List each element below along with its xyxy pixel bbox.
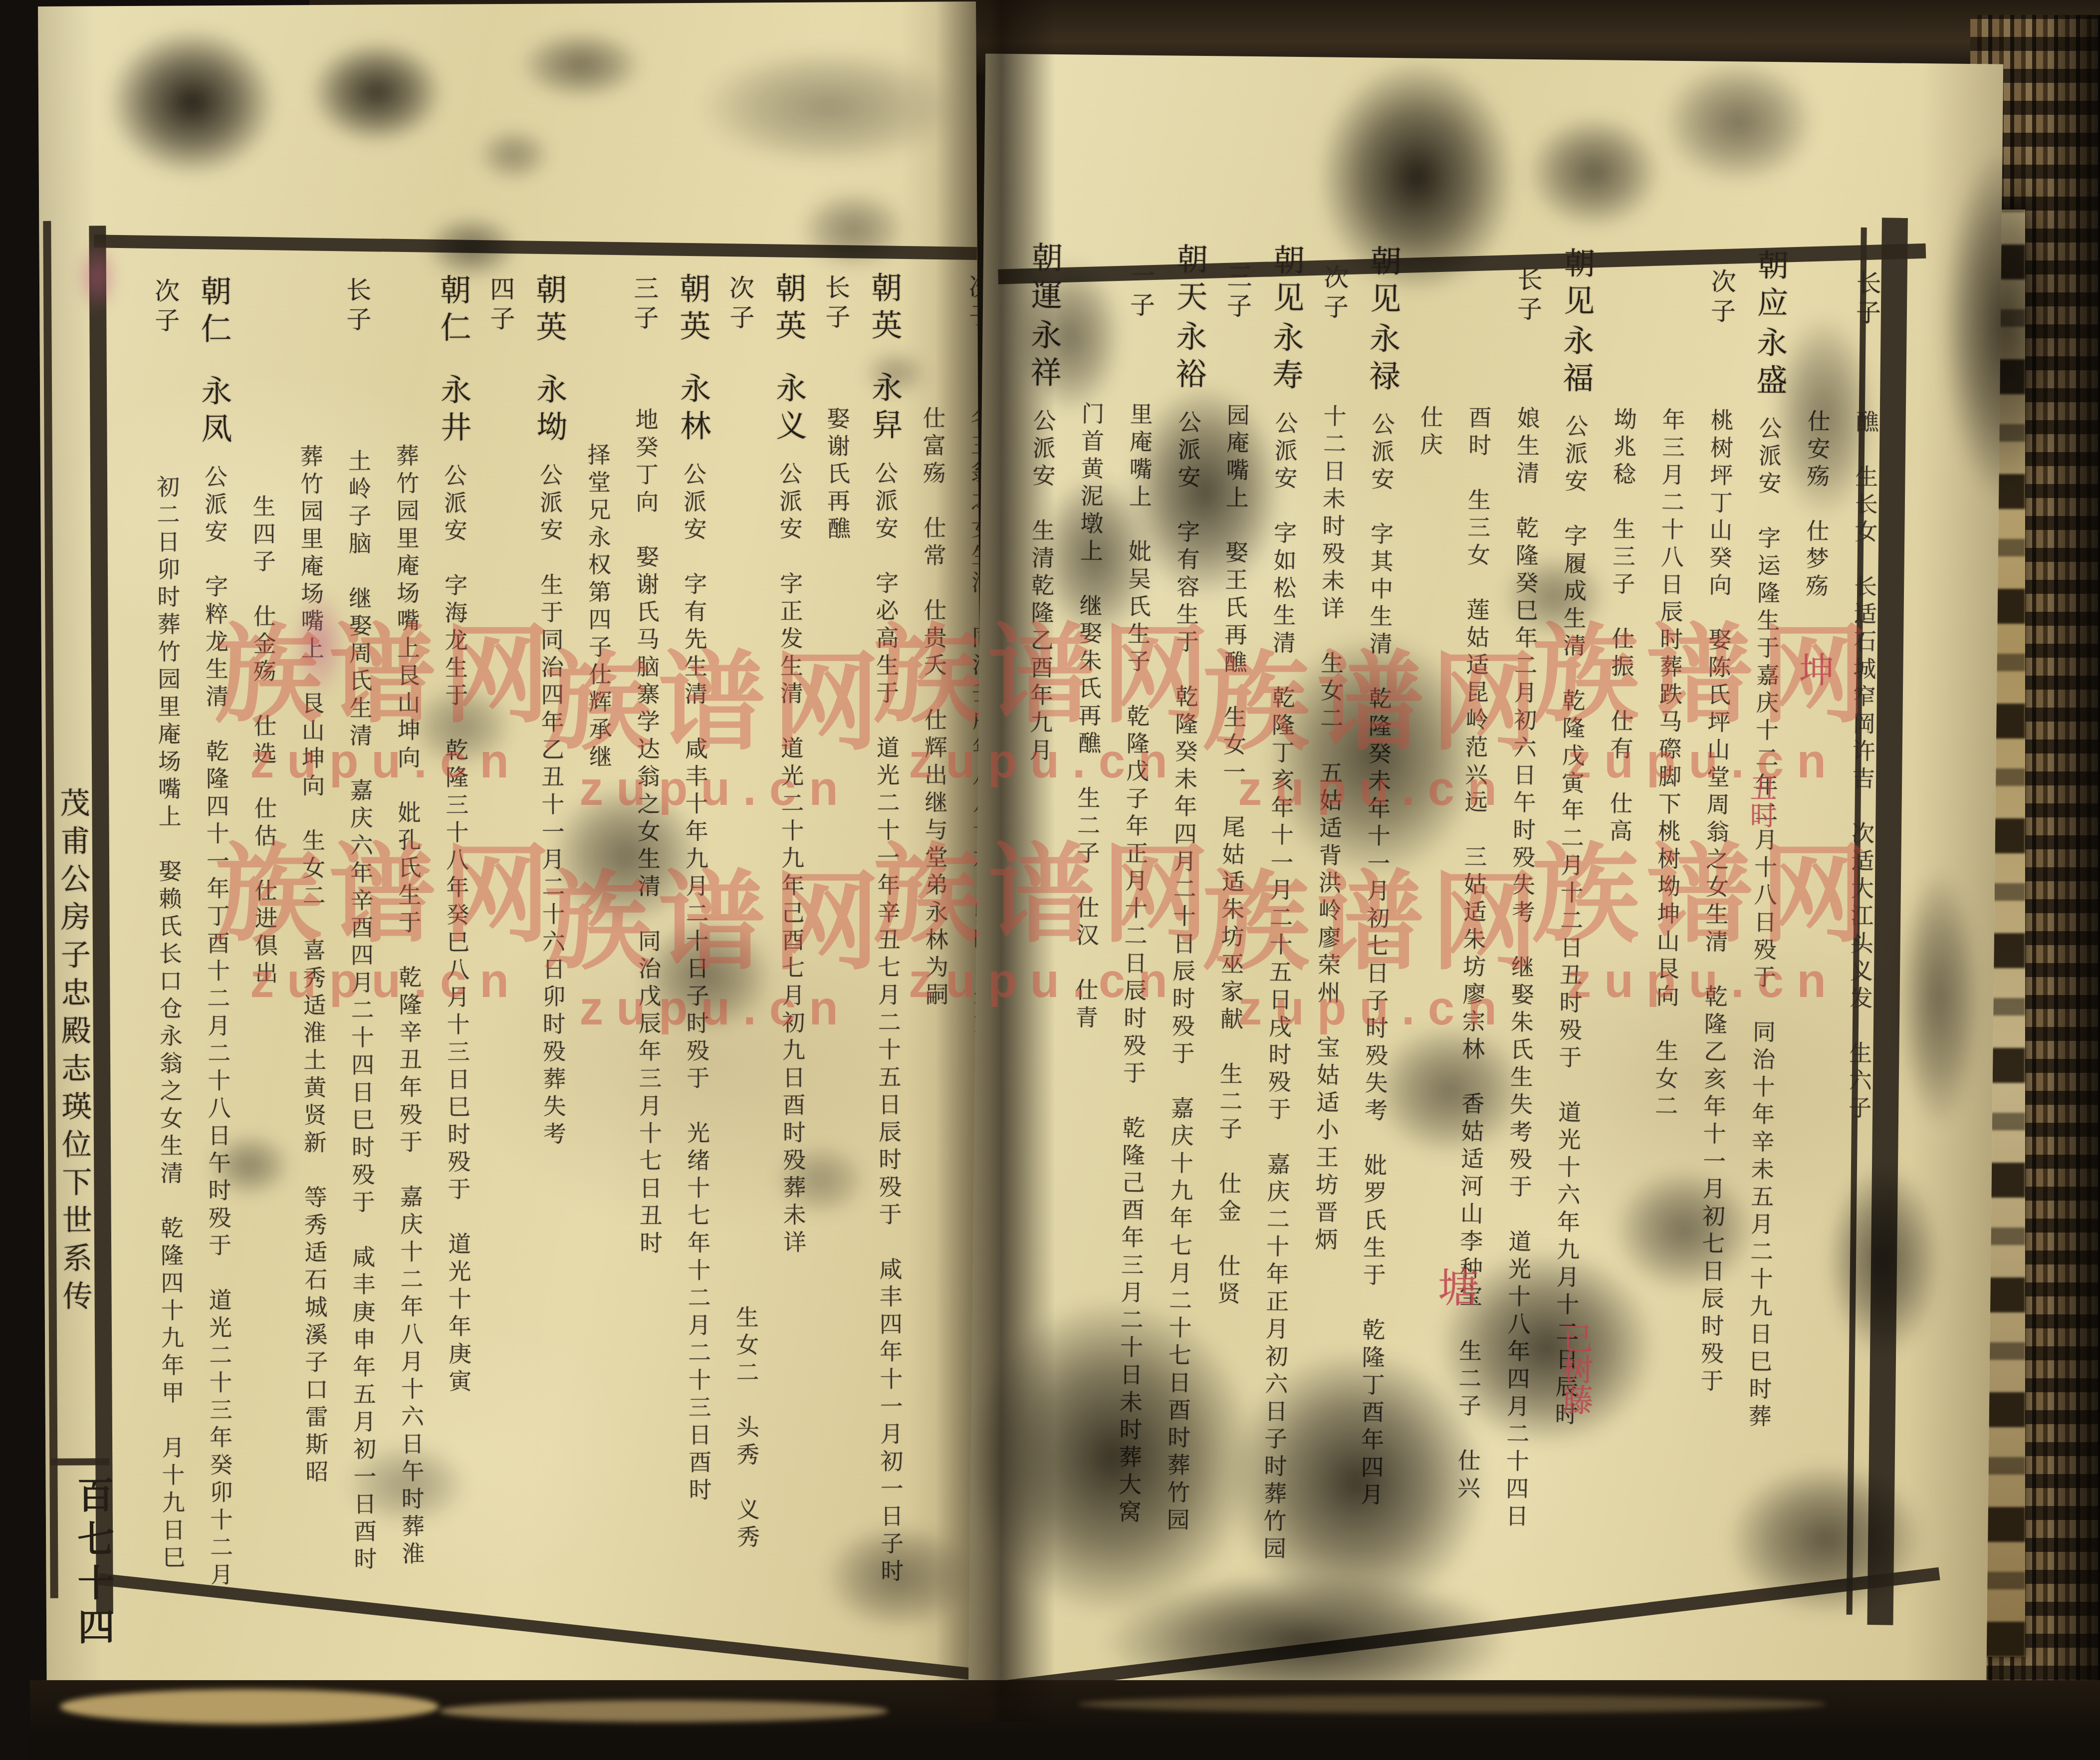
genealogy-column: 年三月二十八日辰时葬跌马磜脚下桃树坳坤山艮向 生女二 [1638,243,1694,1690]
biography-text: 公派安 生于同治四年乙丑十一月二十六日卯时殁葬失考 [533,463,569,1149]
biography-text: 公派安 字运隆生于嘉庆十二年二月十八日殁于 同治十年辛未五月二十九日巳时葬 [1741,416,1785,1432]
birth-order-label: 三子 [626,275,663,334]
genealogy-column: 朝见永禄公派安 字其中生清 乾隆癸未年十一月初七日子时殁失考 妣罗氏生于 乾隆丁… [1348,240,1403,1687]
ancestor-name: 朝仁 [430,273,475,348]
genealogy-column: 门首黄泥墩上 继娶朱氏再醮 生二子 仕汉 仕青 [1057,237,1113,1684]
right-page: 长子醮 生长女 长适石城窄岡许吉 次适大江头义发 生六子仕安殇 仕梦殇朝应永盛公… [968,53,2003,1706]
genealogy-column: 择堂兄永权第四子仕辉承继 [575,233,624,1630]
birth-order-label: 次子 [1703,268,1740,328]
handwritten-annotation: 丑时 [1742,774,1781,828]
genealogy-column: 朝英永义公派安 字正发生清 道光二十九年己酉七月初九日酉时殁葬未详 [767,232,815,1629]
biography-text: 仕安殇 仕梦殇 [1799,409,1834,602]
pink-ink-smudge [75,240,120,314]
genealogy-column: 次子桃树坪丁山癸向 娶陈氏坪山堂周翁之女生清 乾隆乙亥年十一月初七日辰时殁于 [1686,243,1742,1691]
volume-label: 茂甫公房子忠殿志瑛位下世系传 [51,787,97,1318]
handwritten-annotation: 已树藤 [1553,1322,1597,1415]
biography-text: 葬竹园里庵场嘴上艮山坤向 妣孔氏生于 乾隆辛丑年殁于 嘉庆十二年八月十六日午时葬… [389,444,428,1569]
birth-order-label: 三子 [1219,263,1256,322]
birth-order-label: 长子 [818,274,854,333]
genealogy-column: 三子园庵嘴上 娶王氏再醮 生女一 尾姑适朱坊巫家献 生二子 仕金 仕贤 [1202,238,1258,1686]
descendant-name: 永寿 [1263,321,1308,396]
descendant-name: 永裕 [1166,320,1211,395]
left-margin-divider [50,1458,109,1466]
biography-text: 公派安 字履成生清 乾隆戊寅年二月十二日丑时殁于 道光十六年九月十二日辰时 [1548,414,1591,1430]
birth-order-label: 长子 [1510,266,1546,325]
descendant-name: 永舁 [862,371,907,446]
birth-order-label: 次子 [1316,264,1353,323]
genealogy-column: 仕安殇 仕梦殇 [1783,244,1839,1692]
ancestor-name: 朝英 [861,271,906,346]
genealogy-column: 一子里庵嘴上 妣吴氏生子 乾隆戊子年正月十二日辰时殁于 乾隆己酉年三月二十日未时… [1106,237,1162,1685]
descendant-name: 永义 [766,372,811,447]
birth-order-label: 长子 [1849,270,1885,329]
biography-text: 公派安 字正发生清 道光二十九年己酉七月初九日酉时殁葬未详 [772,462,809,1257]
biography-text: 公派安 字必高生于 道光二十一年辛丑七月二十五日辰时殁于 咸丰四年十一月初一日子… [868,461,907,1586]
descendant-name: 永禄 [1360,322,1405,397]
handwritten-annotation: 坤 [1799,643,1834,693]
left-page: 茂甫公房子忠殿志瑛位下世系传 百七十四 次子名三翁之女生清 同治壬戌年八月十六日… [38,1,985,1713]
biography-text: 酉时 生三女 莲姑适昆岭范兴远 三姑适朱坊廖宗林 香姑适河山李种宝 生二子 仕兴 [1450,405,1495,1504]
ancestor-name: 朝英 [526,273,571,348]
genealogy-column: 朝仁永凤公派安 字粹龙生清 乾隆四十一年丁酉十二月二十八日午时殁于 道光二十三年… [192,235,240,1632]
biography-text: 醮 生长女 长适石城窄岡许吉 次适大江头义发 生六子 [1842,410,1882,1124]
descendant-name: 永盛 [1747,326,1792,401]
biography-text: 公派安 字粹龙生清 乾隆四十一年丁酉十二月二十八日午时殁于 道光二十三年癸卯十二… [198,465,236,1590]
genealogy-column: 次子生女二 头秀 义秀 [719,232,767,1629]
genealogy-column: 四子 [479,234,528,1631]
biography-text: 公派安 字其中生清 乾隆癸未年十一月初七日子时殁失考 妣罗氏生于 乾隆丁酉年四月 [1354,412,1398,1510]
genealogy-column: 长子娶谢氏再醮 [815,232,863,1629]
biography-text: 初二日卯时葬竹园里庵场嘴上 娶赖氏长口仓永翁之女生清 乾隆四十九年甲 月十九日巳 [150,475,189,1572]
handwritten-annotation: 塘 [1438,1256,1479,1314]
descendant-name: 永井 [431,373,475,448]
biography-text: 生女二 头秀 义秀 [729,1305,763,1552]
ancestor-name: 朝仁 [191,275,235,350]
genealogy-column: 朝见永寿公派安 字如松生清 乾隆丁亥年十一月二十五日戌时殁于 嘉庆二十年正月初六… [1251,239,1307,1686]
descendant-name: 永福 [1553,324,1599,399]
genealogy-column: 葬竹园里庵场嘴上 艮山坤向 生女二 喜秀适淮土黄贤新 等秀适石城溪子口雷斯昭 [288,235,336,1632]
ancestor-name: 朝英 [765,272,810,347]
biography-text: 娶谢氏再醮 [820,406,853,543]
biography-text: 生四子 仕金殇 仕选 仕估 仕进倶出 [245,494,281,988]
birth-order-label: 长子 [339,276,375,335]
genealogy-book-scan: 茂甫公房子忠殿志瑛位下世系传 百七十四 次子名三翁之女生清 同治壬戌年八月十六日… [0,0,2100,1760]
biography-text: 门首黄泥墩上 继娶朱氏再醮 生二子 仕汉 仕青 [1068,401,1108,1033]
descendant-name: 永林 [670,372,715,447]
ancestor-name: 朝应 [1747,249,1793,324]
genealogy-column: 酉时 生三女 莲姑适昆岭范兴远 三姑适朱坊廖宗林 香姑适河山李种宝 生二子 仕兴 [1444,241,1500,1688]
birth-order-label: 次子 [722,274,758,333]
ancestor-name: 朝见 [1360,245,1405,320]
ancestor-name: 朝天 [1167,243,1212,318]
genealogy-column: 三子地癸丁向 娶谢氏马脑寨学达翁之女生清 同治戊辰年三月十七日丑时 [623,233,672,1630]
biography-text: 年三月二十八日辰时葬跌马磜脚下桃树坳坤山艮向 生女二 [1648,408,1688,1122]
genealogy-column: 朝英永舁公派安 字必高生于 道光二十一年辛丑七月二十五日辰时殁于 咸丰四年十一月… [863,232,911,1629]
genealogy-column: 次子初二日卯时葬竹园里庵场嘴上 娶赖氏长口仓永翁之女生清 乾隆四十九年甲 月十九… [144,235,193,1632]
paper-edge-highlight [60,1689,439,1724]
descendant-name: 永坳 [526,373,571,448]
genealogy-column: 朝英永林公派安 字有先生清 咸丰十年九月二十日子时殁于 光绪十七年十二月二十三日… [671,233,719,1630]
biography-text: 择堂兄永权第四子仕辉承继 [581,443,615,772]
genealogy-column: 朝应永盛公派安 字运隆生于嘉庆十二年二月十八日殁于 同治十年辛未五月二十九日巳时… [1735,244,1791,1691]
genealogy-column: 朝见永福公派安 字履成生清 乾隆戊寅年二月十二日丑时殁于 道光十六年九月十二日辰… [1541,242,1597,1689]
biography-text: 公派安 字海龙生于 乾隆三十八年癸巳八月十三日巳时殁于 道光十年庚寅 [437,463,475,1396]
paper-edge-highlight [1078,1695,1826,1713]
biography-text: 十二日未时殁未详 生女二 五姑适背洪岭廖荣州 宝姑适小王坊晋炳 [1308,404,1350,1255]
genealogy-column: 长子土岭子脑 继娶周氏生清 嘉庆六年辛酉四月二十四日巳时殁于 咸丰庚申年五月初一… [336,234,384,1631]
biography-text: 坳兆稔 生三子 仕振 仕有 仕高 [1603,407,1640,846]
genealogy-column: 生四子 仕金殇 仕选 仕估 仕进倶出 [240,235,288,1632]
biography-text: 桃树坪丁山癸向 娶陈氏坪山堂周翁之女生清 乾隆乙亥年十一月初七日辰时殁于 [1693,408,1737,1397]
paper-edge-highlight [439,1700,888,1722]
genealogy-column: 朝仁永井公派安 字海龙生于 乾隆三十八年癸巳八月十三日巳时殁于 道光十年庚寅 [432,234,480,1631]
genealogy-column: 朝天永裕公派安 字有容生于 乾隆癸未年四月二十日辰时殁于 嘉庆十九年七月二十七日… [1154,238,1210,1685]
biography-text: 公派安 字如松生清 乾隆丁亥年十一月二十五日戌时殁于 嘉庆二十年正月初六日子时葬… [1256,411,1301,1564]
ancestor-name: 朝见 [1263,244,1309,319]
ancestor-name: 朝见 [1554,247,1599,322]
ancestor-name: 朝英 [670,272,714,347]
birth-order-label: 四子 [482,276,519,335]
pink-ink-smudge [292,589,347,699]
biography-text: 土岭子脑 继娶周氏生清 嘉庆六年辛酉四月二十四日巳时殁于 咸丰庚申年五月初一日酉… [341,449,380,1574]
biography-text: 里庵嘴上 妣吴氏生子 乾隆戊子年正月十二日辰时殁于 乾隆己酉年三月二十日未时葬大… [1111,402,1156,1527]
birth-order-label: 次子 [147,277,184,336]
page-stack-bottom-edge [30,1680,2100,1760]
biography-text: 园庵嘴上 娶王氏再醮 生女一 尾姑适朱坊巫家献 生二子 仕金 仕贤 [1210,403,1253,1309]
genealogy-column: 朝英永坳公派安 生于同治四年乙丑十一月二十六日卯时殁葬失考 [527,233,576,1630]
genealogy-column: 葬竹园里庵场嘴上艮山坤向 妣孔氏生于 乾隆辛丑年殁于 嘉庆十二年八月十六日午时葬… [384,234,432,1631]
biography-text: 仕庆 [1413,405,1446,460]
biography-text: 公派安 字有先生清 咸丰十年九月二十日子时殁于 光绪十七年十二月二十三日酉时 [677,462,715,1505]
biography-text: 地癸丁向 娶谢氏马脑寨学达翁之女生清 同治戊辰年三月十七日丑时 [628,407,666,1258]
birth-order-label: 一子 [1123,262,1159,321]
descendant-name: 永凤 [191,375,236,450]
genealogy-column: 次子十二日未时殁未详 生女二 五姑适背洪岭廖荣州 宝姑适小王坊晋炳 [1299,239,1355,1687]
page-number: 百七十四 [65,1476,119,1652]
genealogy-column: 长子娘生清 乾隆癸巳年二月初六日午时殁失考 继娶朱氏生失考殁于 道光十八年四月二… [1493,241,1549,1689]
book-gutter-shadow [935,0,1055,1722]
biography-text: 娘生清 乾隆癸巳年二月初六日午时殁失考 继娶朱氏生失考殁于 道光十八年四月二十四… [1498,406,1543,1531]
genealogy-column: 仕庆 [1396,240,1452,1688]
biography-text: 公派安 字有容生于 乾隆癸未年四月二十日辰时殁于 嘉庆十九年七月二十七日酉时葬竹… [1160,410,1204,1535]
genealogy-column: 坳兆稔 生三子 仕振 仕有 仕高 [1590,242,1645,1690]
